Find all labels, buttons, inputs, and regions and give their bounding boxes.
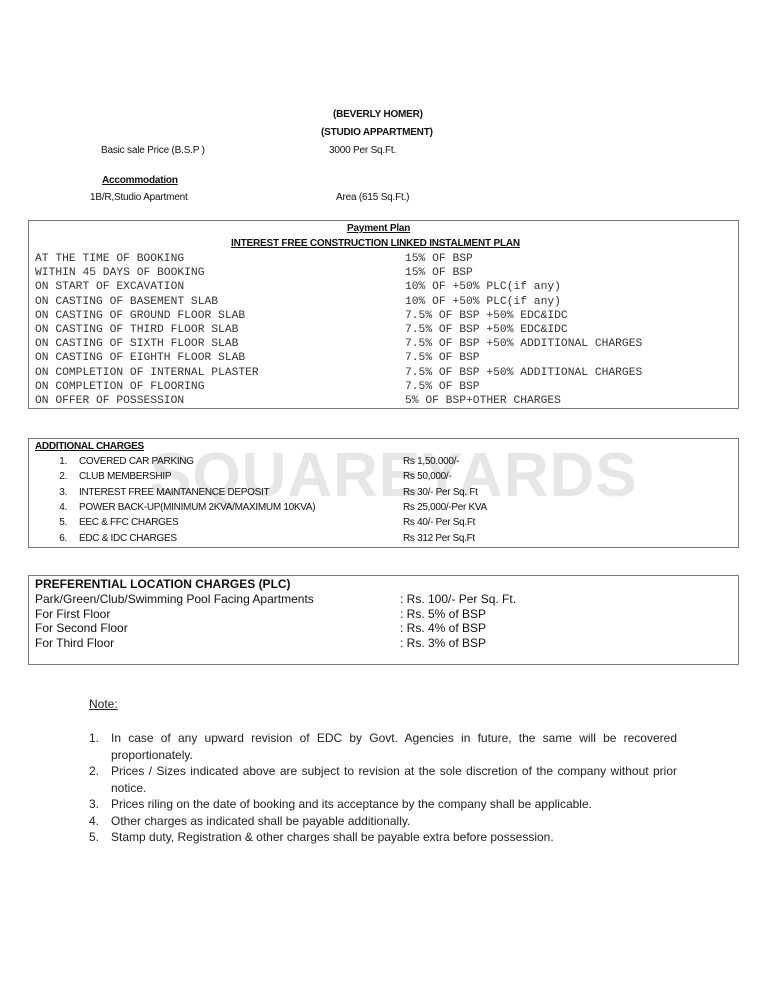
- project-name: (BEVERLY HOMER): [333, 109, 423, 120]
- payment-plan-row: ON COMPLETION OF FLOORING7.5% OF BSP: [35, 380, 755, 394]
- stage-label: ON CASTING OF GROUND FLOOR SLAB: [35, 309, 245, 323]
- item-number: 4.: [51, 502, 67, 513]
- stage-amount: 15% OF BSP: [405, 266, 473, 280]
- payment-plan-box: Payment Plan INTEREST FREE CONSTRUCTION …: [28, 220, 739, 409]
- payment-plan-row: ON CASTING OF EIGHTH FLOOR SLAB7.5% OF B…: [35, 351, 755, 365]
- plc-value: : Rs. 3% of BSP: [400, 636, 486, 651]
- plc-title: PREFERENTIAL LOCATION CHARGES (PLC): [35, 577, 291, 592]
- stage-amount: 5% OF BSP+OTHER CHARGES: [405, 394, 561, 408]
- plc-row: For First Floor: Rs. 5% of BSP: [35, 607, 755, 622]
- payment-plan-row: AT THE TIME OF BOOKING15% OF BSP: [35, 252, 755, 266]
- note-number: 2.: [89, 763, 99, 780]
- additional-charge-item: 2.CLUB MEMBERSHIPRs 50,000/-: [51, 471, 731, 486]
- notes-title: Note:: [89, 697, 118, 711]
- stage-amount: 10% OF +50% PLC(if any): [405, 280, 561, 294]
- item-number: 1.: [51, 456, 67, 467]
- note-text: In case of any upward revision of EDC by…: [111, 730, 677, 763]
- payment-plan-row: ON COMPLETION OF INTERNAL PLASTER7.5% OF…: [35, 366, 755, 380]
- accommodation-label: 1B/R,Studio Apartment: [90, 192, 188, 203]
- note-text: Stamp duty, Registration & other charges…: [111, 829, 677, 846]
- item-label: INTEREST FREE MAINTANENCE DEPOSIT: [79, 487, 269, 498]
- stage-amount: 7.5% OF BSP +50% ADDITIONAL CHARGES: [405, 366, 642, 380]
- item-value: Rs 312 Per Sq.Ft: [403, 533, 475, 544]
- item-label: CLUB MEMBERSHIP: [79, 471, 171, 482]
- accommodation-heading: Accommodation: [102, 175, 178, 186]
- item-value: Rs 40/- Per Sq.Ft: [403, 517, 475, 528]
- stage-label: ON OFFER OF POSSESSION: [35, 394, 184, 408]
- payment-plan-row: ON CASTING OF THIRD FLOOR SLAB7.5% OF BS…: [35, 323, 755, 337]
- additional-charges-title: ADDITIONAL CHARGES: [35, 441, 144, 452]
- plc-box: PREFERENTIAL LOCATION CHARGES (PLC) Park…: [28, 575, 739, 665]
- item-label: EEC & FFC CHARGES: [79, 517, 178, 528]
- stage-label: ON COMPLETION OF INTERNAL PLASTER: [35, 366, 259, 380]
- payment-plan-row: ON CASTING OF BASEMENT SLAB10% OF +50% P…: [35, 295, 755, 309]
- note-text: Prices riling on the date of booking and…: [111, 796, 677, 813]
- payment-plan-title: Payment Plan: [347, 223, 410, 234]
- plc-row: For Third Floor: Rs. 3% of BSP: [35, 636, 755, 651]
- stage-amount: 7.5% OF BSP: [405, 351, 480, 365]
- item-value: Rs 1,50.000/-: [403, 456, 459, 467]
- note-number: 5.: [89, 829, 99, 846]
- payment-plan-row: WITHIN 45 DAYS OF BOOKING15% OF BSP: [35, 266, 755, 280]
- additional-charge-item: 3.INTEREST FREE MAINTANENCE DEPOSITRs 30…: [51, 487, 731, 502]
- plc-label: Park/Green/Club/Swimming Pool Facing Apa…: [35, 592, 314, 607]
- item-label: COVERED CAR PARKING: [79, 456, 194, 467]
- bsp-value: 3000 Per Sq.Ft.: [329, 145, 396, 156]
- stage-label: WITHIN 45 DAYS OF BOOKING: [35, 266, 204, 280]
- plc-value: : Rs. 100/- Per Sq. Ft.: [400, 592, 516, 607]
- plc-value: : Rs. 4% of BSP: [400, 621, 486, 636]
- stage-amount: 7.5% OF BSP +50% EDC&IDC: [405, 323, 568, 337]
- unit-type: (STUDIO APPARTMENT): [321, 127, 433, 138]
- note-number: 3.: [89, 796, 99, 813]
- payment-plan-subtitle: INTEREST FREE CONSTRUCTION LINKED INSTAL…: [231, 238, 520, 249]
- stage-label: ON CASTING OF SIXTH FLOOR SLAB: [35, 337, 238, 351]
- plc-row: For Second Floor: Rs. 4% of BSP: [35, 621, 755, 636]
- stage-amount: 7.5% OF BSP: [405, 380, 480, 394]
- item-number: 5.: [51, 517, 67, 528]
- note-number: 1.: [89, 730, 99, 747]
- stage-label: ON START OF EXCAVATION: [35, 280, 184, 294]
- item-number: 2.: [51, 471, 67, 482]
- additional-charges-box: ADDITIONAL CHARGES 1.COVERED CAR PARKING…: [28, 438, 739, 548]
- item-value: Rs 25,000/-Per KVA: [403, 502, 487, 513]
- payment-plan-row: ON START OF EXCAVATION10% OF +50% PLC(if…: [35, 280, 755, 294]
- stage-label: ON COMPLETION OF FLOORING: [35, 380, 204, 394]
- bsp-label: Basic sale Price (B.S.P ): [101, 145, 205, 156]
- stage-amount: 7.5% OF BSP +50% ADDITIONAL CHARGES: [405, 337, 642, 351]
- note-text: Prices / Sizes indicated above are subje…: [111, 763, 677, 796]
- stage-label: AT THE TIME OF BOOKING: [35, 252, 184, 266]
- additional-charge-item: 1.COVERED CAR PARKINGRs 1,50.000/-: [51, 456, 731, 471]
- note-text: Other charges as indicated shall be paya…: [111, 813, 677, 830]
- stage-amount: 15% OF BSP: [405, 252, 473, 266]
- stage-amount: 10% OF +50% PLC(if any): [405, 295, 561, 309]
- stage-amount: 7.5% OF BSP +50% EDC&IDC: [405, 309, 568, 323]
- item-number: 6.: [51, 533, 67, 544]
- item-label: EDC & IDC CHARGES: [79, 533, 177, 544]
- note-number: 4.: [89, 813, 99, 830]
- additional-charge-item: 6.EDC & IDC CHARGESRs 312 Per Sq.Ft: [51, 533, 731, 548]
- area-value: Area (615 Sq.Ft.): [336, 192, 409, 203]
- item-value: Rs 30/- Per Sq. Ft: [403, 487, 478, 498]
- item-label: POWER BACK-UP(MINIMUM 2KVA/MAXIMUM 10KVA…: [79, 502, 315, 513]
- payment-plan-row: ON CASTING OF SIXTH FLOOR SLAB7.5% OF BS…: [35, 337, 755, 351]
- item-value: Rs 50,000/-: [403, 471, 451, 482]
- stage-label: ON CASTING OF THIRD FLOOR SLAB: [35, 323, 238, 337]
- plc-value: : Rs. 5% of BSP: [400, 607, 486, 622]
- additional-charge-item: 5.EEC & FFC CHARGESRs 40/- Per Sq.Ft: [51, 517, 731, 532]
- plc-label: For First Floor: [35, 607, 110, 622]
- stage-label: ON CASTING OF BASEMENT SLAB: [35, 295, 218, 309]
- stage-label: ON CASTING OF EIGHTH FLOOR SLAB: [35, 351, 245, 365]
- plc-row: Park/Green/Club/Swimming Pool Facing Apa…: [35, 592, 755, 607]
- payment-plan-row: ON CASTING OF GROUND FLOOR SLAB7.5% OF B…: [35, 309, 755, 323]
- plc-label: For Second Floor: [35, 621, 128, 636]
- item-number: 3.: [51, 487, 67, 498]
- payment-plan-row: ON OFFER OF POSSESSION5% OF BSP+OTHER CH…: [35, 394, 755, 408]
- plc-label: For Third Floor: [35, 636, 114, 651]
- additional-charge-item: 4.POWER BACK-UP(MINIMUM 2KVA/MAXIMUM 10K…: [51, 502, 731, 517]
